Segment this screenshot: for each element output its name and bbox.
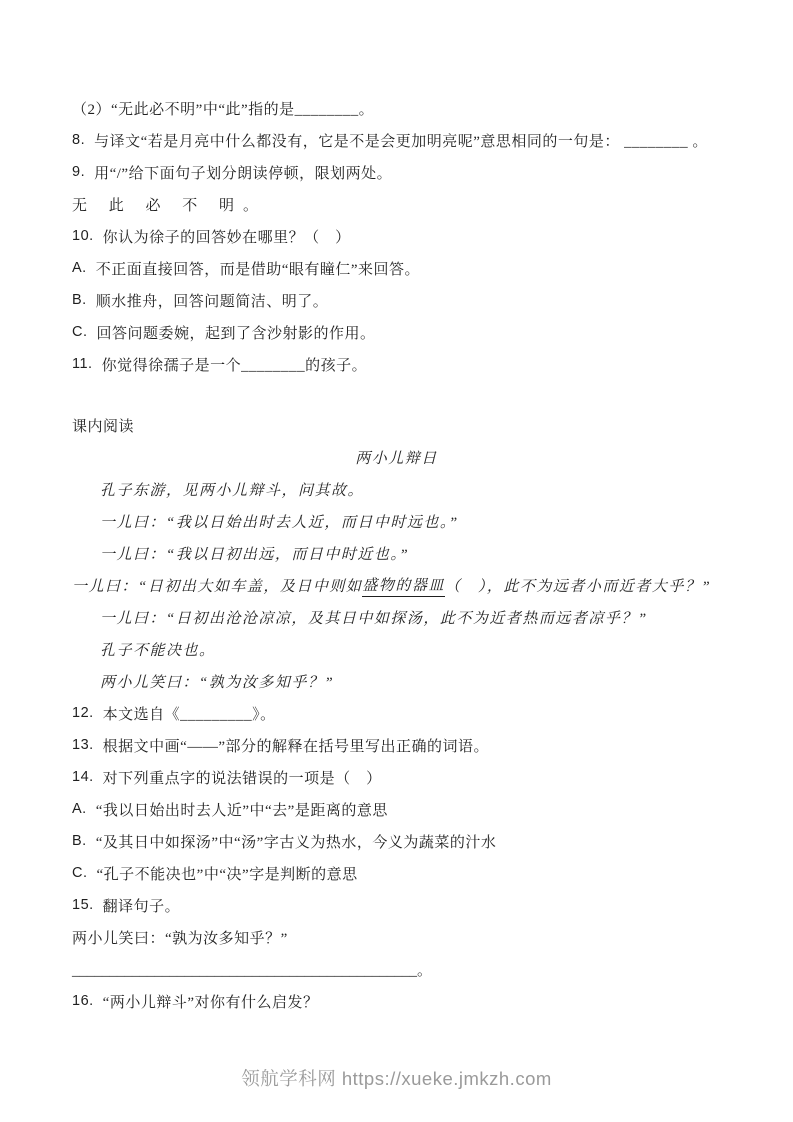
passage-paragraph-1: 孔子东游，见两小儿辩斗，问其故。 — [72, 473, 735, 505]
option-a-text: 不正面直接回答，而是借助“眼有瞳仁”来回答。 — [96, 258, 420, 279]
paragraph-4-pre: 一儿曰：“日初出大如车盖，及日中则如 — [72, 575, 362, 596]
question-10-option-b: B. 顺水推舟，回答问题简洁、明了。 — [72, 284, 735, 316]
exam-page: （2）“无此必不明”中“此”指的是________。 8. 与译文“若是月亮中什… — [0, 0, 793, 1122]
option-a-letter: A. — [72, 260, 87, 276]
option-c-text: “孔子不能决也”中“决”字是判断的意思 — [97, 863, 358, 884]
question-15-sentence: 两小儿笑曰：“孰为汝多知乎？” — [72, 921, 735, 953]
footer-gap — [72, 1017, 735, 1062]
option-c-letter: C. — [72, 324, 88, 340]
reading-section-label: 课内阅读 — [72, 409, 735, 441]
question-14-option-c: C. “孔子不能决也”中“决”字是判断的意思 — [72, 857, 735, 889]
passage-paragraph-5: 一儿曰：“日初出沧沧凉凉，及其日中如探汤，此不为近者热而远者凉乎？” — [72, 601, 735, 633]
option-b-text: 顺水推舟，回答问题简洁、明了。 — [96, 290, 329, 311]
question-16-number: 16. — [72, 993, 94, 1009]
question-10-number: 10. — [72, 228, 94, 244]
question-13: 13. 根据文中画“——”部分的解释在括号里写出正确的词语。 — [72, 729, 735, 761]
question-14-text: 对下列重点字的说法错误的一项是（ ） — [103, 767, 382, 788]
question-9-number: 9. — [72, 164, 85, 180]
question-10-option-c: C. 回答问题委婉，起到了含沙射影的作用。 — [72, 316, 735, 348]
paragraph-4-underlined-phrase: 盛物的器皿 — [362, 574, 445, 597]
question-14-option-a: A. “我以日始出时去人近”中“去”是距离的意思 — [72, 793, 735, 825]
question-13-text: 根据文中画“——”部分的解释在括号里写出正确的词语。 — [103, 735, 489, 756]
option-b-text: “及其日中如探汤”中“汤”字古义为热水，今义为蔬菜的汁水 — [96, 831, 497, 852]
question-14-number: 14. — [72, 769, 94, 785]
question-11-text: 你觉得徐孺子是一个________的孩子。 — [102, 354, 368, 375]
question-8-text: 与译文“若是月亮中什么都没有，它是不是会更加明亮呢”意思相同的一句是： ____… — [94, 130, 708, 151]
question-12-text: 本文选自《_________》。 — [103, 703, 276, 724]
question-9-sentence: 无 此 必 不 明。 — [72, 188, 735, 220]
option-b-letter: B. — [72, 292, 87, 308]
question-9: 9. 用“/”给下面句子划分朗读停顿，限划两处。 — [72, 156, 735, 188]
passage-paragraph-4: 一儿曰：“日初出大如车盖，及日中则如盛物的器皿（ ），此不为远者小而近者大乎？” — [72, 569, 735, 601]
answer-blank-line: ________________________________________… — [72, 953, 735, 985]
passage-paragraph-3: 一儿曰：“我以日初出远，而日中时近也。” — [72, 537, 735, 569]
option-c-text: 回答问题委婉，起到了含沙射影的作用。 — [97, 322, 376, 343]
question-15: 15. 翻译句子。 — [72, 889, 735, 921]
passage-title: 两小儿辩日 — [72, 441, 735, 473]
question-11: 11. 你觉得徐孺子是一个________的孩子。 — [72, 348, 735, 380]
question-15-text: 翻译句子。 — [103, 895, 181, 916]
question-10-text: 你认为徐子的回答妙在哪里？（ ） — [103, 226, 351, 247]
question-16: 16. “两小儿辩斗”对你有什么启发？ — [72, 985, 735, 1017]
question-12: 12. 本文选自《_________》。 — [72, 697, 735, 729]
question-15-number: 15. — [72, 897, 94, 913]
paragraph-4-post: （ ），此不为远者小而近者大乎？” — [445, 575, 711, 596]
watermark-footer: 领航学科网 https://xueke.jmkzh.com — [58, 1062, 735, 1094]
passage-paragraph-7: 两小儿笑曰：“孰为汝多知乎？” — [72, 665, 735, 697]
question-8-number: 8. — [72, 132, 85, 148]
question-13-number: 13. — [72, 737, 94, 753]
question-10: 10. 你认为徐子的回答妙在哪里？（ ） — [72, 220, 735, 252]
option-b-letter: B. — [72, 833, 87, 849]
passage-paragraph-6: 孔子不能决也。 — [72, 633, 735, 665]
option-a-text: “我以日始出时去人近”中“去”是距离的意思 — [96, 799, 388, 820]
passage-paragraph-2: 一儿曰：“我以日始出时去人近，而日中时远也。” — [72, 505, 735, 537]
question-8: 8. 与译文“若是月亮中什么都没有，它是不是会更加明亮呢”意思相同的一句是： _… — [72, 124, 735, 156]
question-14: 14. 对下列重点字的说法错误的一项是（ ） — [72, 761, 735, 793]
question-11-number: 11. — [72, 356, 93, 372]
option-c-letter: C. — [72, 865, 88, 881]
question-14-option-b: B. “及其日中如探汤”中“汤”字古义为热水，今义为蔬菜的汁水 — [72, 825, 735, 857]
question-10-option-a: A. 不正面直接回答，而是借助“眼有瞳仁”来回答。 — [72, 252, 735, 284]
question-12-number: 12. — [72, 705, 94, 721]
question-9-text: 用“/”给下面句子划分朗读停顿，限划两处。 — [94, 162, 392, 183]
option-a-letter: A. — [72, 801, 87, 817]
question-16-text: “两小儿辩斗”对你有什么启发？ — [103, 991, 319, 1012]
question-7-2: （2）“无此必不明”中“此”指的是________。 — [72, 92, 735, 124]
section-gap — [72, 380, 735, 409]
